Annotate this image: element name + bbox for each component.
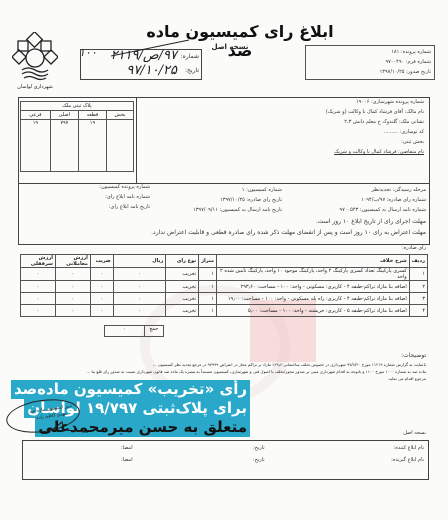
row-type: تخریب [166, 268, 199, 281]
plak-header: قطعه [78, 111, 106, 120]
col-header: شرح خلاف [216, 255, 409, 268]
logo-icon [12, 32, 58, 84]
explanations-label: توضیحات: [366, 352, 426, 360]
logo-caption: شهرداری لواسان [8, 84, 62, 90]
row-coef: ۰ [90, 268, 113, 281]
headline-banner: رأی «تخریب» کمیسیون ماده‌صد برای پلاک‌ثب… [90, 380, 250, 437]
notifier-date-label: تاریخ: [253, 445, 265, 452]
plak-header: بخش [107, 111, 134, 120]
row-meter: ۱ [199, 293, 217, 305]
plak-table: پلاک ثبتی ملک فرعی اصلی قطعه بخش ۱۹ ۷۹۷ … [20, 101, 134, 172]
total-value: ۰ [105, 326, 144, 336]
document-subtitle: نسخه اصل [200, 43, 260, 51]
row-meter: ۱ [199, 268, 217, 281]
row-coef: ۰ [90, 281, 113, 293]
plak-header: فرعی [21, 111, 51, 120]
handwritten-note: ۱۰۰ [79, 46, 97, 59]
owner-info-line: نشانی ملک: گلندوک خ معلم دانش ۲،۳ [140, 119, 424, 129]
row-index: ۱ [409, 268, 427, 281]
stage: مرحله رسیدگی: تجدیدنظر [296, 187, 426, 194]
row-desc: اضافه بنا مازاد تراکم-طبقه ۴ - کاربری: م… [216, 281, 409, 293]
row-value: ۰ [55, 293, 90, 305]
row-goodwill: ۰ [21, 281, 56, 293]
ruling-date: تاریخ رای صادره: ۱۳۹۷/۱۰/۲۵ [152, 197, 282, 204]
row-meter: ۱ [199, 281, 217, 293]
banner-line: رأی «تخریب» کمیسیون ماده‌صد [11, 380, 250, 399]
case-info-box: شماره پرونده: ۱۸۱ شماره فرم: ۹۷۰۰۴۹۰ تار… [305, 45, 435, 80]
plak-title: پلاک ثبتی ملک [21, 102, 134, 111]
row-value: ۰ [55, 268, 90, 281]
plak-value [107, 120, 134, 172]
letter-number-box: شماره: ۹۷/ص/۲۱۱۹ تاریخ: ۹۷/۱۰/۲۵ ۱۰۰ [80, 49, 202, 80]
row-goodwill: ۰ [21, 268, 56, 281]
form-number: شماره فرم: ۹۷۰۰۴۹۰ [385, 59, 431, 66]
col-header: ردیف [409, 255, 427, 268]
table-row: ۳ اضافه بنا مازاد تراکم-طبقه ۴ - کاربری:… [21, 293, 428, 305]
copy-label: نسخه اصل [366, 430, 426, 437]
row-value: ۰ [55, 281, 90, 293]
rulings-table: ردیف شرح خلاف متراژ نوع رای ریال ضریب ار… [20, 254, 428, 317]
divider [136, 97, 137, 183]
plak-header: اصلی [50, 111, 78, 120]
row-value: ۰ [55, 305, 90, 317]
col-header: ارزش معاملاتی [55, 255, 90, 268]
explanations-text: باعنایت به گزارش شماره ۱۱۲۱۹ مورخ ۹۷/۸/۲… [21, 361, 426, 382]
explanations-line: ماده صد به شماره ۱۰۰۰ مورخ ۱۱۰۰ و باتوجه… [21, 368, 426, 375]
owner-info-line: بخش ثبتی: [140, 139, 424, 149]
table-row: ۲ اضافه بنا مازاد تراکم-طبقه ۴ - کاربری:… [21, 281, 428, 293]
row-type: تخریب [166, 293, 199, 305]
row-type: تخریب [166, 305, 199, 317]
notification-box: نام ابلاغ کننده: نام ابلاغ گیرنده: تاریخ… [22, 440, 429, 480]
owner-info-line: شماره پرونده شهرسازی: ۱۹۰۰۶ [140, 99, 424, 109]
receiver-date-label: تاریخ: [253, 457, 265, 464]
row-desc: کسری پارکینگ تعداد کسری پارکینگ ۲ واحد، … [216, 268, 409, 281]
pen-stroke-icon [111, 38, 191, 58]
table-row: ۱ کسری پارکینگ تعداد کسری پارکینگ ۲ واحد… [21, 268, 428, 281]
explanations-line: باعنایت به گزارش شماره ۱۱۲۱۹ مورخ ۹۷/۸/۲… [21, 361, 426, 368]
plak-value: ۱۹ [78, 120, 106, 172]
plak-value: ۱۹ [21, 120, 51, 172]
col-header: نوع رای [166, 255, 199, 268]
letter-date-value: ۹۷/۱۰/۲۵ [126, 63, 177, 78]
total-label: جمع [144, 326, 163, 336]
row-rial: ۰ [113, 293, 166, 305]
row-meter: ۱ [199, 305, 217, 317]
row-index: ۲ [409, 281, 427, 293]
letter-date-label: تاریخ: [185, 67, 199, 75]
row-rial: ۰ [113, 305, 166, 317]
row-goodwill: ۰ [21, 305, 56, 317]
col-header: ارزش سرقفلی [21, 255, 56, 268]
receiver-label: نام ابلاغ گیرنده: [391, 457, 424, 464]
notice-number: شماره نامه ابلاغ رای: [70, 194, 150, 201]
rulings-section-label: رای صادره: [366, 245, 426, 252]
row-desc: اضافه بنا مازاد تراکم-طبقه ۴ - کاربری: ر… [216, 293, 409, 305]
owner-info-lines: شماره پرونده شهرسازی: ۱۹۰۰۶ نام مالک: آق… [140, 99, 424, 159]
owner-info-line: نام متقاضی: فرشاد کمال با وکالت و شریک [140, 149, 424, 159]
row-desc: اضافه بنا مازاد تراکم-طبقه ۵ - کاربری: خ… [216, 305, 409, 317]
notifier-sign-label: امضا: [121, 445, 133, 452]
owner-info-line: کد نوسازی: ......... [140, 129, 424, 139]
row-type: تخریب [166, 281, 199, 293]
row-index: ۳ [409, 293, 427, 305]
commission-case: شماره پرونده کمیسیون: [70, 184, 150, 191]
total-row: جمع ۰ [104, 325, 164, 337]
receiver-sign-label: امضا: [121, 457, 133, 464]
signature-stroke-icon [50, 420, 90, 434]
row-rial: ۰ [113, 281, 166, 293]
notifier-label: نام ابلاغ کننده: [394, 445, 424, 452]
owner-info-line: نام مالک: آقای فرشاد کمال با وکالت (و شر… [140, 109, 424, 119]
plak-value: ۷۹۷ [50, 120, 78, 172]
col-header: متراژ [199, 255, 217, 268]
notice-date: تاریخ نامه ابلاغ رای: [70, 204, 150, 211]
ruling-number: شماره رای صادره: ۹۷/ب/۱۰۹۴ [296, 197, 426, 204]
row-coef: ۰ [90, 305, 113, 317]
letter-date: تاریخ نامه ارسال به کمیسیون: ۱۳۹۷/۰۹/۱۱ [132, 207, 282, 214]
col-header: ضریب [90, 255, 113, 268]
col-header: ریال [113, 255, 166, 268]
letter-number: شماره نامه ارسال به کمیسیون: ۹۷۰۰۵۴۳ [276, 207, 426, 214]
table-row: ۴ اضافه بنا مازاد تراکم-طبقه ۵ - کاربری:… [21, 305, 428, 317]
row-rial: ۰ [113, 268, 166, 281]
case-number: شماره پرونده: ۱۸۱ [391, 49, 431, 56]
row-goodwill: ۰ [21, 293, 56, 305]
row-index: ۴ [409, 305, 427, 317]
execution-deadline: مهلت اجرای رای از تاریخ ابلاغ ۱۰ روز است… [26, 218, 426, 226]
commission-number: شماره کمیسیون: ۱ [152, 187, 282, 194]
row-coef: ۰ [90, 293, 113, 305]
municipality-logo [12, 32, 58, 90]
issue-date: تاریخ صدور: ۱۳۹۷/۱۰/۲۵ [380, 69, 431, 76]
objection-deadline: مهلت اعتراض به رای ۱۰ روز است و پس از ان… [26, 229, 426, 237]
